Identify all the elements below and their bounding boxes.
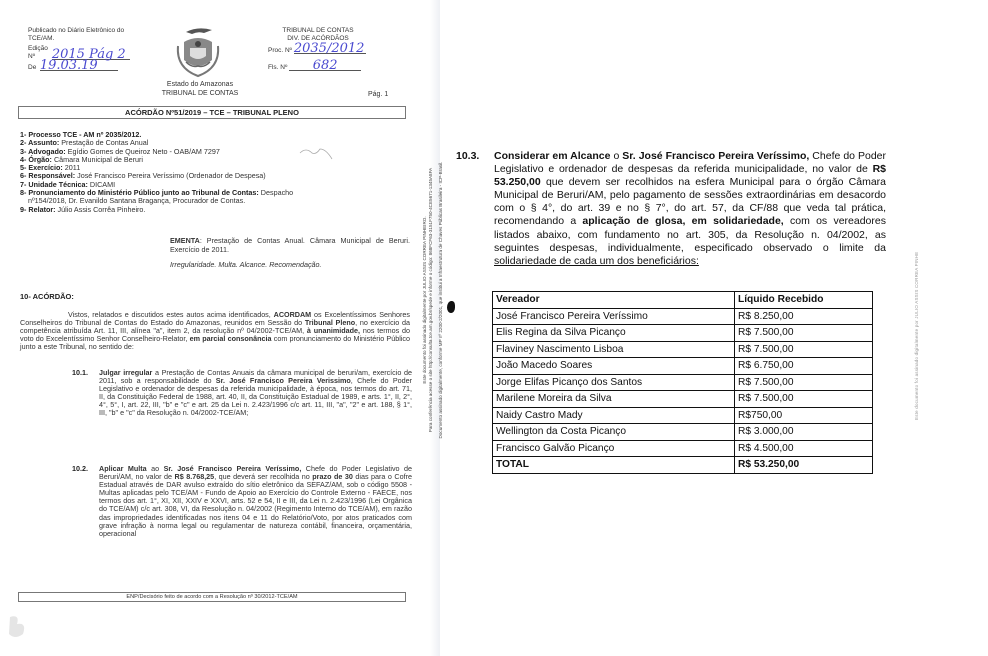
page-number: Pág. 1 [368, 91, 388, 98]
column-header: Líquido Recebido [735, 292, 873, 309]
published-line2: TCE/AM. [28, 35, 148, 43]
item-10-1: 10.1. Julgar irregular a Prestação de Co… [72, 369, 412, 418]
table-header-row: Vereador Líquido Recebido [493, 292, 873, 309]
item-number: 10.2. [72, 465, 88, 473]
watermark-smudge-icon [5, 612, 35, 642]
ink-blot [447, 301, 455, 313]
section-acordao-title: 10- ACÓRDÃO: [20, 292, 74, 301]
fls-label: Fls. Nº [268, 64, 287, 71]
table-row: José Francisco Pereira VeríssimoR$ 8.250… [493, 308, 873, 325]
vereador-name: Elis Regina da Silva Picanço [493, 325, 735, 342]
vereador-name: Naidy Castro Mady [493, 407, 735, 424]
amount-received: R$750,00 [735, 407, 873, 424]
amount-received: R$ 7.500,00 [735, 325, 873, 342]
item-10-2: 10.2. Aplicar Multa ao Sr. José Francisc… [72, 465, 412, 538]
table-row: Elis Regina da Silva PicançoR$ 7.500,00 [493, 325, 873, 342]
amount-received: R$ 6.750,00 [735, 358, 873, 375]
table-total-row: TOTALR$ 53.250,00 [493, 457, 873, 474]
digital-signature-stamp: Este documento foi assinado digitalmente… [422, 90, 458, 510]
amount-received: R$ 7.500,00 [735, 374, 873, 391]
amount-received: R$ 8.250,00 [735, 308, 873, 325]
beneficiaries-table: Vereador Líquido Recebido José Francisco… [492, 291, 873, 474]
proc-value: 2035/2012 [294, 45, 366, 54]
column-header: Vereador [493, 292, 735, 309]
vereador-name: João Macedo Soares [493, 358, 735, 375]
division-line1: TRIBUNAL DE CONTAS [268, 27, 368, 35]
vereador-name: José Francisco Pereira Veríssimo [493, 308, 735, 325]
date-value: 19.03.19 [40, 62, 118, 71]
total-amount: R$ 53.250,00 [735, 457, 873, 474]
table-row: Jorge Elifas Picanço dos SantosR$ 7.500,… [493, 374, 873, 391]
table-row: Flaviney Nascimento LisboaR$ 7.500,00 [493, 341, 873, 358]
ementa-text: : Prestação de Contas Anual. Câmara Muni… [170, 236, 410, 254]
acordao-intro: Vistos, relatados e discutidos estes aut… [20, 311, 410, 351]
item-number: 10.1. [72, 369, 88, 377]
ementa-block: EMENTA: Prestação de Contas Anual. Câmar… [170, 237, 410, 270]
left-page: Publicado no Diário Eletrônico do TCE/AM… [0, 0, 440, 656]
table-row: Wellington da Costa PicançoR$ 3.000,00 [493, 424, 873, 441]
division-stamp: TRIBUNAL DE CONTAS DIV. DE ACÓRDÃOS Proc… [268, 27, 398, 76]
table-row: Francisco Galvão PicançoR$ 4.500,00 [493, 440, 873, 457]
date-label: De [28, 64, 38, 72]
state-name: Estado do Amazonas [150, 81, 250, 90]
total-label: TOTAL [493, 457, 735, 474]
faded-signature-stamp: Este documento foi assinado digitalmente… [913, 130, 921, 420]
publication-stamp: Publicado no Diário Eletrônico do TCE/AM… [28, 27, 148, 76]
case-info-item: 9- Relator: Júlio Assis Corrêa Pinheiro. [20, 206, 410, 214]
table-row: Naidy Castro MadyR$750,00 [493, 407, 873, 424]
table-row: Marilene Moreira da SilvaR$ 7.500,00 [493, 391, 873, 408]
vereador-name: Francisco Galvão Picanço [493, 440, 735, 457]
amount-received: R$ 3.000,00 [735, 424, 873, 441]
table-row: João Macedo SoaresR$ 6.750,00 [493, 358, 873, 375]
fls-value: 682 [289, 62, 361, 71]
item-number: 10.3. [456, 150, 479, 163]
item-body: Aplicar Multa ao Sr. José Francisco Pere… [99, 465, 412, 538]
vereador-name: Flaviney Nascimento Lisboa [493, 341, 735, 358]
vereador-name: Wellington da Costa Picanço [493, 424, 735, 441]
amount-received: R$ 7.500,00 [735, 391, 873, 408]
case-info-list: 1- Processo TCE - AM nº 2035/2012. 2- As… [20, 131, 410, 214]
published-line1: Publicado no Diário Eletrônico do [28, 27, 148, 35]
state-emblem-icon [168, 24, 228, 80]
pen-scribble-icon [298, 145, 334, 165]
footer-note: ENP/Decisório feito de acordo com a Reso… [18, 592, 406, 602]
court-name: TRIBUNAL DE CONTAS [150, 90, 250, 99]
proc-label: Proc. Nº [268, 47, 292, 54]
item-10-3: 10.3. Considerar em Alcance o Sr. José F… [456, 150, 886, 268]
ementa-keywords: Irregularidade. Multa. Alcance. Recomend… [170, 261, 410, 270]
vereador-name: Jorge Elifas Picanço dos Santos [493, 374, 735, 391]
emblem-caption: Estado do Amazonas TRIBUNAL DE CONTAS [150, 81, 250, 98]
amount-received: R$ 4.500,00 [735, 440, 873, 457]
acordao-title: ACÓRDÃO Nº51/2019 – TCE – TRIBUNAL PLENO [18, 106, 406, 119]
vereador-name: Marilene Moreira da Silva [493, 391, 735, 408]
item-body: Considerar em Alcance o Sr. José Francis… [494, 150, 886, 268]
amount-received: R$ 7.500,00 [735, 341, 873, 358]
item-body: Julgar irregular a Prestação de Contas A… [99, 369, 412, 418]
